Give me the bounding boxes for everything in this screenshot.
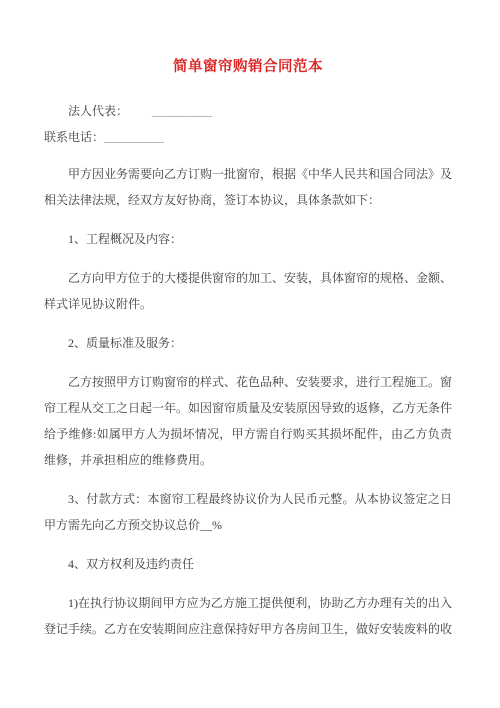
- section-4-paragraph: 1)在执行协议期间甲方应为乙方施工提供便利，协助乙方办理有关的出入登记手续。乙方…: [44, 590, 452, 642]
- contact-phone-field: 联系电话：__________: [44, 124, 452, 150]
- legal-representative-field: 法人代表：__________: [44, 98, 452, 124]
- fill-in-blank: __________: [104, 124, 164, 150]
- legal-representative-label: 法人代表：: [68, 104, 128, 118]
- section-heading-1: 1、工程概况及内容：: [44, 226, 452, 252]
- intro-paragraph: 甲方因业务需要向乙方订购一批窗帘，根据《中华人民共和国合同法》及相关法律法规，经…: [44, 161, 452, 213]
- section-1-paragraph: 乙方向甲方位于的大楼提供窗帘的加工、安装，具体窗帘的规格、金额、样式详见协议附件…: [44, 265, 452, 317]
- section-3-payment-paragraph: 3、付款方式：本窗帘工程最终协议价为人民币元整。从本协议签定之日甲方需先向乙方预…: [44, 486, 452, 538]
- document-body: 简单窗帘购销合同范本 法人代表：__________ 联系电话：________…: [0, 0, 500, 642]
- section-2-paragraph: 乙方按照甲方订购窗帘的样式、花色品种、安装要求，进行工程施工。窗帘工程从交工之日…: [44, 369, 452, 473]
- contact-phone-label: 联系电话：: [44, 130, 104, 144]
- document-title: 简单窗帘购销合同范本: [44, 56, 452, 78]
- fill-in-blank: __________: [128, 98, 212, 124]
- contract-document-page: 简单窗帘购销合同范本 法人代表：__________ 联系电话：________…: [0, 0, 500, 708]
- section-heading-2: 2、质量标准及服务：: [44, 330, 452, 356]
- section-heading-4: 4、双方权利及违约责任: [44, 551, 452, 577]
